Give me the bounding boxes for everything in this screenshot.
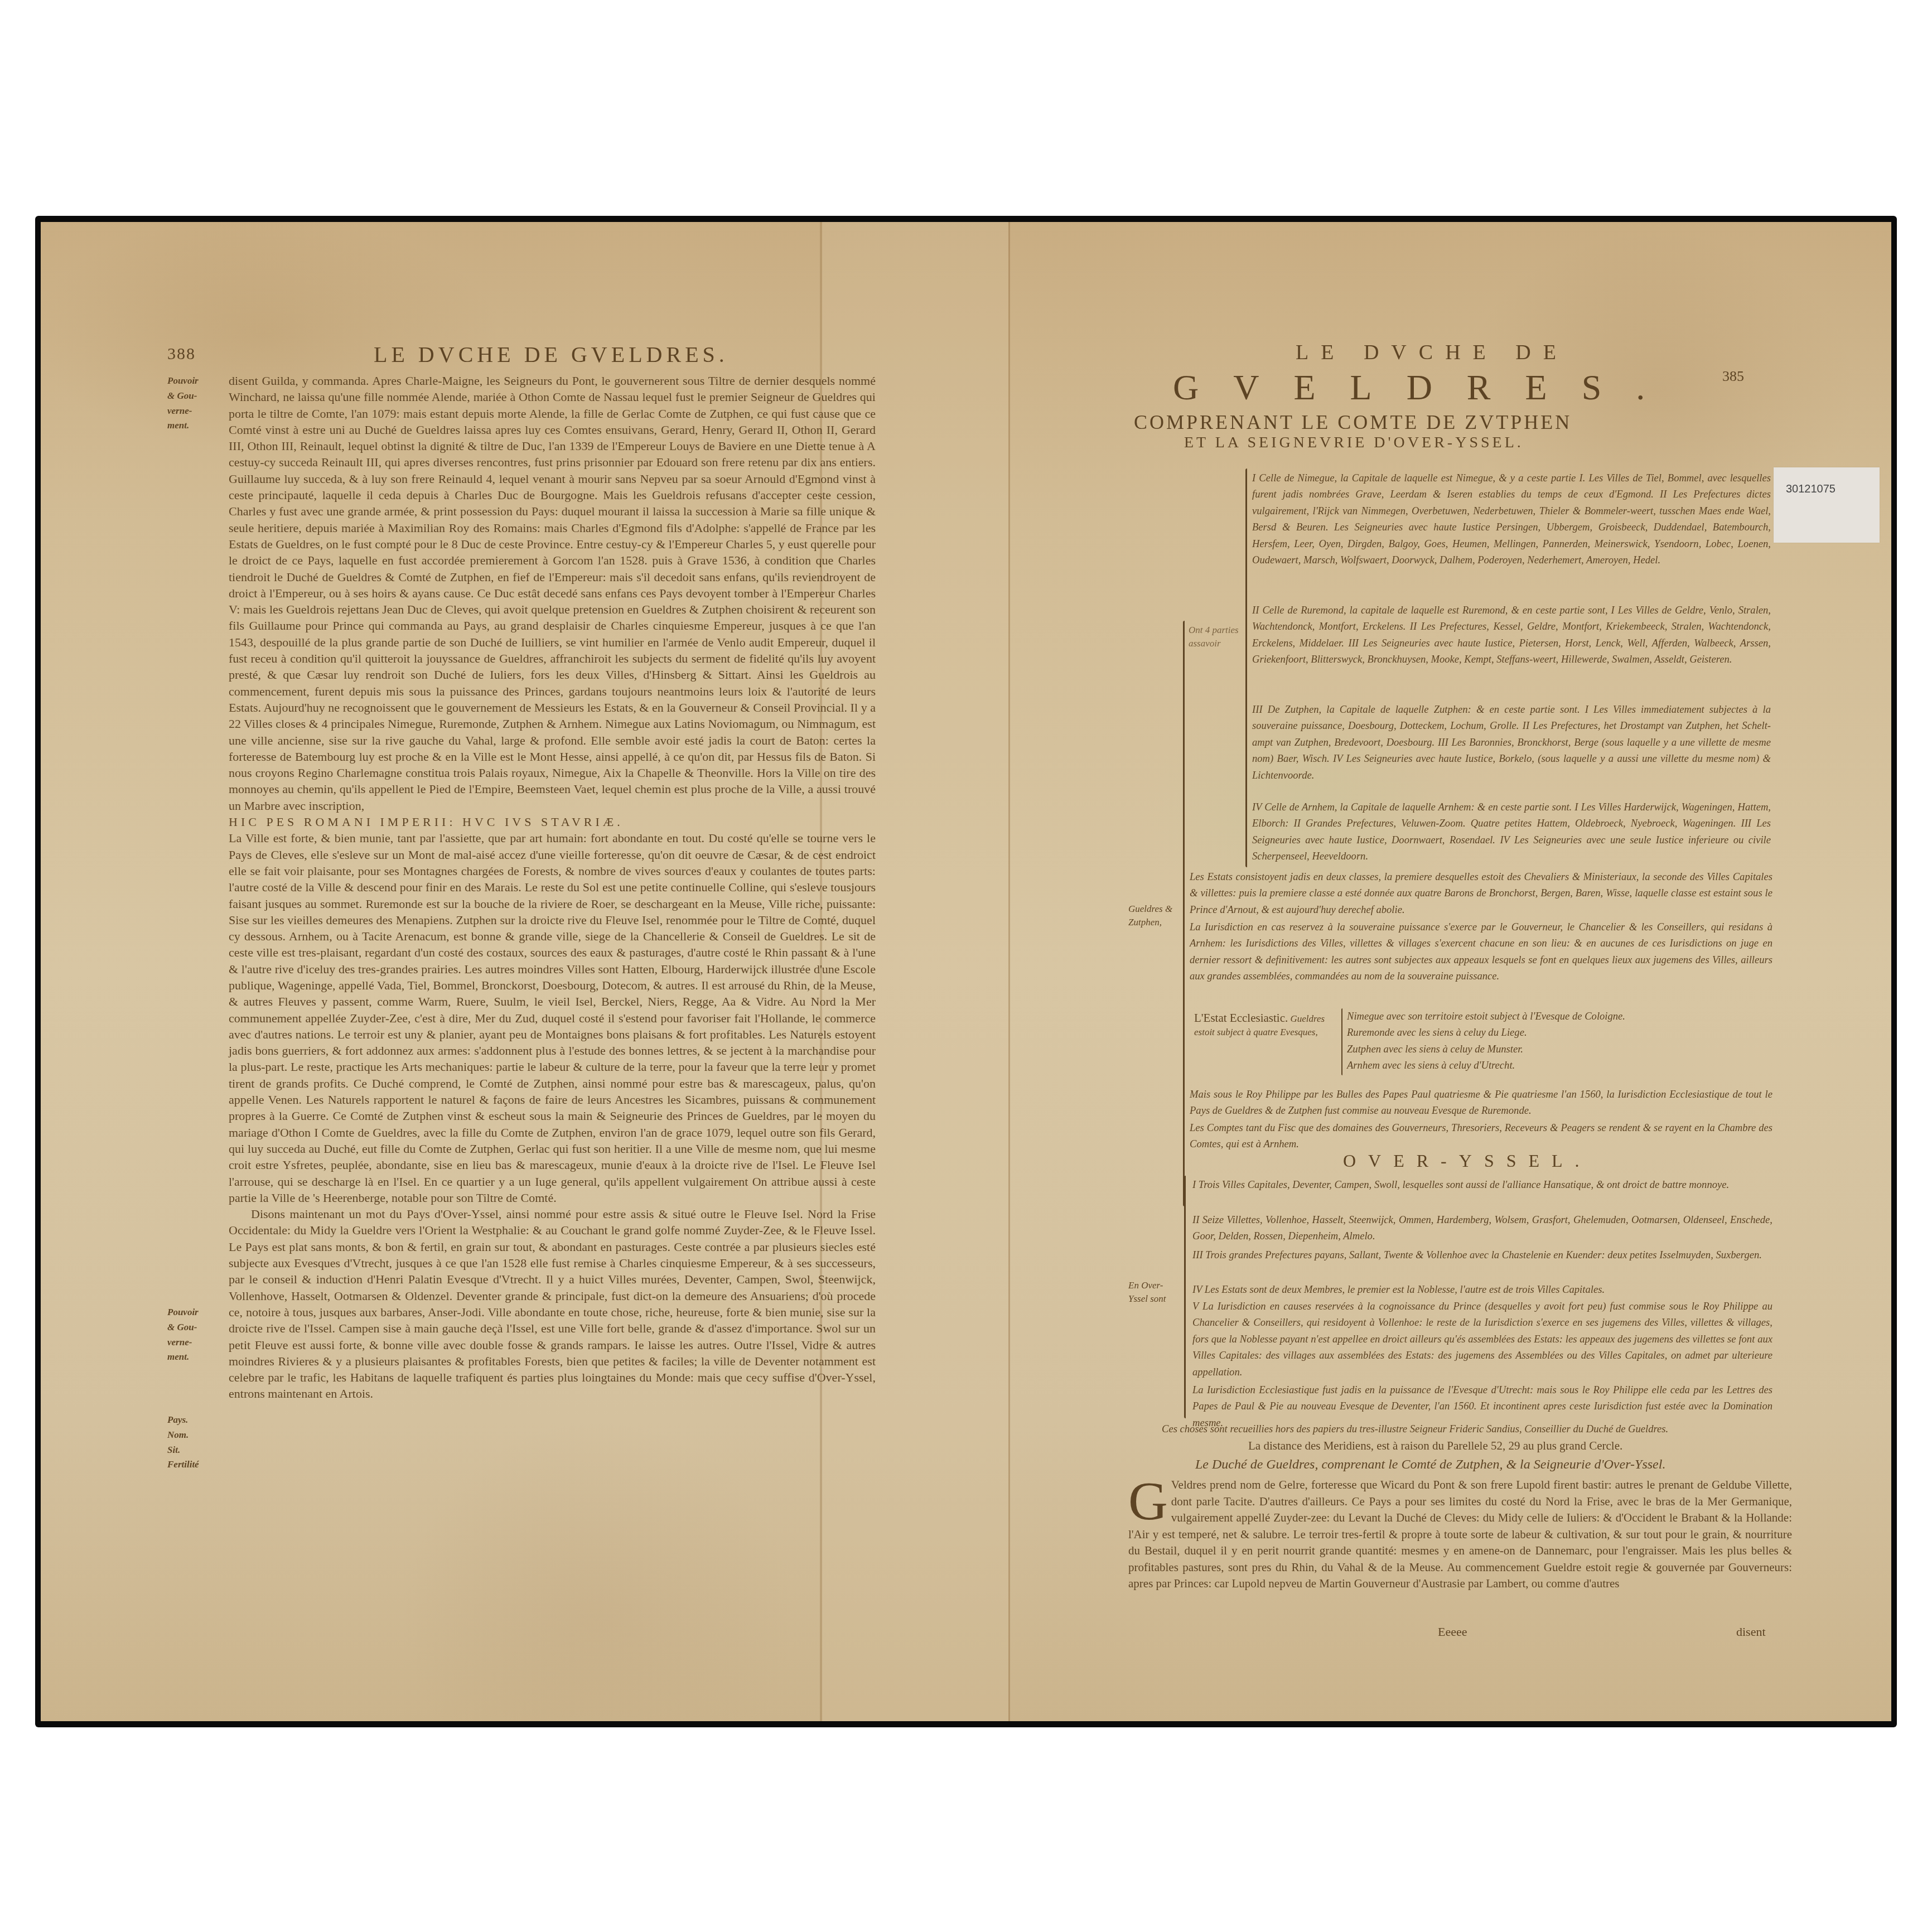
ecclesiastic-list: Nimegue avec son territoire estoit subje… bbox=[1347, 1008, 1709, 1074]
philippe-paragraph: Mais sous le Roy Philippe par les Bulles… bbox=[1190, 1086, 1772, 1119]
overyssel-item-5: V La Iurisdiction en causes reservées à … bbox=[1192, 1298, 1772, 1380]
ecclesiastic-bracket bbox=[1341, 1008, 1342, 1075]
overyssel-item-2: II Seize Villettes, Vollenhoe, Hasselt, … bbox=[1192, 1212, 1772, 1245]
ecclesiastic-item: Ruremonde avec les siens à celuy du Lieg… bbox=[1347, 1025, 1709, 1041]
ecclesiastic-item: Nimegue avec son territoire estoit subje… bbox=[1347, 1008, 1709, 1025]
right-title-line4: ET LA SEIGNEVRIE D'OVER-YSSEL. bbox=[1184, 434, 1524, 452]
left-body-text: disent Guilda, y commanda. Apres Charle-… bbox=[229, 373, 876, 1402]
jurisdiction-paragraph: La Iurisdiction en cas reservez à la sou… bbox=[1190, 919, 1772, 985]
ecclesiastic-item: Arnhem avec les siens à celuy d'Utrecht. bbox=[1347, 1057, 1709, 1074]
margin-line: Pouvoir bbox=[167, 374, 223, 389]
overyssel-item-4: IV Les Estats sont de deux Membres, le p… bbox=[1192, 1282, 1772, 1298]
gueldres-item-1: I Celle de Nimegue, la Capitale de laque… bbox=[1252, 470, 1771, 568]
margin-line: Fertilité bbox=[167, 1457, 223, 1472]
description-body: Veldres prend nom de Gelre, forteresse q… bbox=[1128, 1478, 1792, 1590]
latin-inscription: HIC PES ROMANI IMPERII: HVC IVS STAVRIÆ. bbox=[229, 814, 876, 830]
right-title-line2: GVELDRES. bbox=[1173, 367, 1679, 408]
meridian-note: La distance des Meridiens, est à raison … bbox=[1248, 1438, 1750, 1454]
archive-label: 30121075 bbox=[1774, 467, 1880, 543]
margin-line: verne- bbox=[167, 404, 223, 419]
left-running-title: LE DVCHE DE GVELDRES. bbox=[374, 341, 728, 368]
margin-line: ment. bbox=[167, 1350, 223, 1365]
margin-line: & Gou- bbox=[167, 389, 223, 404]
left-page-number: 388 bbox=[167, 345, 196, 364]
outer-bracket bbox=[1183, 621, 1185, 1206]
side-label-parties: Ont 4 parties assavoir bbox=[1189, 624, 1242, 650]
gueldres-item-4: IV Celle de Arnhem, la Capitale de laque… bbox=[1252, 799, 1771, 865]
margin-line: ment. bbox=[167, 418, 223, 433]
gueldres-item-3: III De Zutphen, la Capitale de laquelle … bbox=[1252, 702, 1771, 784]
margin-note-pouvoir-2: Pouvoir & Gou- verne- ment. bbox=[167, 1305, 223, 1365]
comptes-paragraph: Les Comptes tant du Fisc que des domaine… bbox=[1190, 1120, 1772, 1153]
description-text: G Veldres prend nom de Gelre, forteresse… bbox=[1128, 1477, 1792, 1592]
right-page-number: 385 bbox=[1722, 368, 1744, 385]
overyssel-heading: OVER-YSSEL. bbox=[1343, 1151, 1592, 1171]
side-label-gueldres: Gueldres & Zutphen, bbox=[1128, 902, 1178, 929]
side-label-overyssel: En Over-Yssel sont bbox=[1128, 1279, 1181, 1306]
ecclesiastic-item: Zutphen avec les siens à celuy de Munste… bbox=[1347, 1041, 1709, 1057]
drop-cap: G bbox=[1128, 1479, 1168, 1524]
document-sheet: 30121075 388 LE DVCHE DE GVELDRES. Pouvo… bbox=[41, 222, 1891, 1721]
overyssel-item-1: I Trois Villes Capitales, Deventer, Camp… bbox=[1192, 1177, 1772, 1193]
margin-note-pouvoir: Pouvoir & Gou- verne- ment. bbox=[167, 374, 223, 433]
archive-label-id: 30121075 bbox=[1786, 483, 1836, 496]
description-title: Le Duché de Gueldres, comprenant le Comt… bbox=[1195, 1457, 1665, 1472]
body-paragraph: La Ville est forte, & bien munie, tant p… bbox=[229, 830, 876, 1206]
margin-line: Pouvoir bbox=[167, 1305, 223, 1320]
source-note: Ces choses sont recueillies hors des pap… bbox=[1162, 1421, 1775, 1437]
margin-line: Pays. bbox=[167, 1413, 223, 1428]
gueldres-item-2: II Celle de Ruremond, la capitale de laq… bbox=[1252, 602, 1771, 668]
margin-line: & Gou- bbox=[167, 1320, 223, 1335]
catchword: disent bbox=[1736, 1625, 1766, 1639]
overyssel-item-3: III Trois grandes Prefectures payans, Sa… bbox=[1192, 1247, 1772, 1263]
inner-bracket bbox=[1245, 468, 1247, 867]
margin-line: Sit. bbox=[167, 1443, 223, 1458]
margin-line: verne- bbox=[167, 1335, 223, 1350]
fold-line-right bbox=[1008, 222, 1010, 1721]
margin-line: Nom. bbox=[167, 1428, 223, 1443]
ecclesiastic-label: L'Estat Ecclesiastic. Gueldres estoit su… bbox=[1194, 1011, 1334, 1039]
body-paragraph: Disons maintenant un mot du Pays d'Over-… bbox=[229, 1206, 876, 1402]
right-title-line1: LE DVCHE DE bbox=[1296, 340, 1568, 365]
ecclesiastic-label-upright: L'Estat Ecclesiastic. bbox=[1194, 1011, 1288, 1025]
right-title-line3: COMPRENANT LE COMTE DE ZVTPHEN bbox=[1134, 410, 1572, 434]
body-paragraph: disent Guilda, y commanda. Apres Charle-… bbox=[229, 373, 876, 814]
estats-paragraph: Les Estats consistoyent jadis en deux cl… bbox=[1190, 869, 1772, 918]
signature-mark: Eeeee bbox=[1438, 1625, 1467, 1639]
overyssel-bracket bbox=[1184, 1176, 1186, 1418]
margin-note-pays: Pays. Nom. Sit. Fertilité bbox=[167, 1413, 223, 1472]
